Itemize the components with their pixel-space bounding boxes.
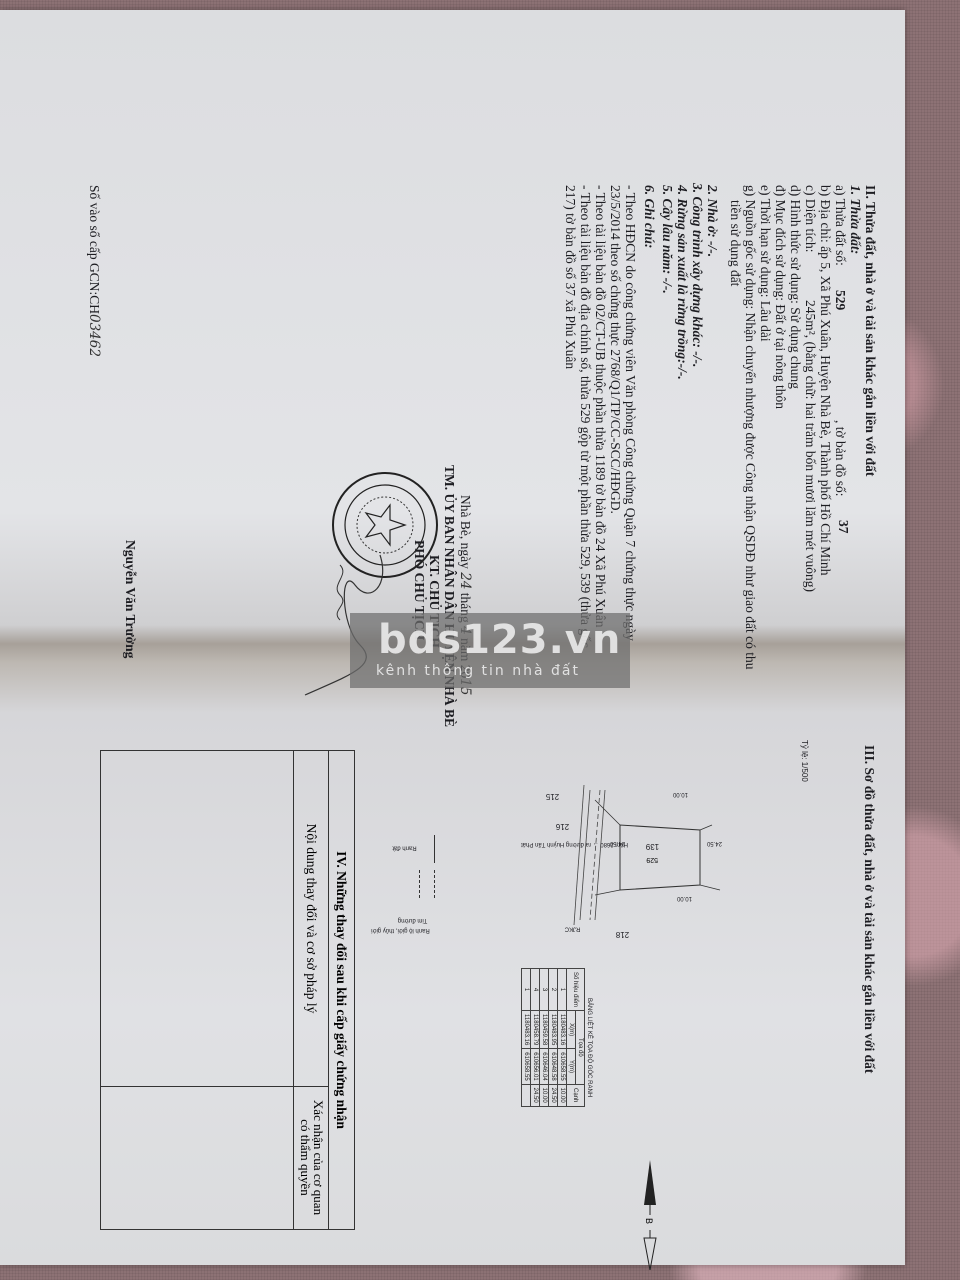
legend-dashdot-line	[419, 870, 420, 898]
note-line: 23/5/2014 theo số chứng thực 2768/Q1/TP/…	[608, 185, 623, 514]
origin-line-2: tiền sử dụng đất	[728, 200, 743, 286]
forest-line: 4. Rừng sản xuất là rừng trồng:-/-.	[675, 185, 690, 380]
origin-line-1: g) Nguồn gốc sử dụng: Nhận chuyển nhượng…	[743, 185, 758, 669]
note-line: 217) tờ bản đồ số 37 xã Phú Xuân	[563, 185, 578, 369]
changes-table: IV. Những thay đổi sau khi cấp giấy chứn…	[100, 750, 355, 1230]
area-label: c) Diện tích:	[803, 185, 818, 252]
note-line: - Theo tài liệu bản đồ địa chính số, thử…	[578, 185, 593, 648]
house-line: 2. Nhà ở: -/-.	[705, 185, 720, 257]
section-iv-title: IV. Những thay đổi sau khi cấp giấy chứn…	[328, 751, 354, 1229]
neighbor-label: 216	[556, 819, 569, 834]
use-term: e) Thời hạn sử dụng: Lâu dài	[758, 185, 773, 342]
legend-solid-line	[434, 835, 435, 863]
neighbor-label: 218	[616, 927, 629, 942]
legend-dashed-line	[434, 870, 435, 898]
svg-text:529: 529	[646, 856, 658, 863]
signer-name: Nguyễn Văn Trường	[123, 540, 138, 658]
table-row: 11180483.16610658.5510.00	[558, 969, 567, 1107]
confirmation-column-header: Xác nhận của cơ quan có thẩm quyền	[294, 1086, 329, 1229]
changes-column-header: Nội dung thay đổi và cơ sở pháp lý	[294, 751, 329, 1087]
table-row: 31180459.58610646.0410.00	[540, 969, 549, 1107]
table-row: 21180483.95610648.5824.50	[549, 969, 558, 1107]
legend-label: Tim đường	[398, 912, 427, 927]
edge-label: 10.00	[673, 786, 688, 801]
other-works-line: 3. Công trình xây dựng khác: -/-.	[690, 183, 705, 367]
edge-label: 10.00	[677, 890, 692, 905]
address: b) Địa chỉ: ấp 5, Xã Phú Xuân, Huyện Nhà…	[818, 185, 833, 575]
section-ii-title: II. Thửa đất, nhà ở và tài sản khác gắn …	[863, 185, 878, 476]
neighbor-label: 215	[546, 789, 559, 804]
road-tag: RJKC	[565, 920, 581, 935]
map-label: , tờ bản đồ số:	[833, 420, 848, 497]
north-arrow-icon: B	[630, 1160, 670, 1270]
land-heading: 1. Thửa đất:	[848, 185, 863, 254]
note-line: - Theo HĐCN do công chứng viên Văn phòng…	[623, 185, 638, 641]
registry-number: Số vào sổ cấp GCN:CH03462	[86, 185, 102, 357]
table-row: 41180458.79610656.0124.50	[531, 969, 540, 1107]
scale-label: Tỷ lệ: 1/500	[797, 740, 812, 782]
watermark: bds123.vn kênh thông tin nhà đất	[350, 613, 630, 688]
coordinate-table: Số hiệu điểmTọa độCạnh X(m)Y(m) 11180483…	[521, 968, 585, 1107]
parcel-outline	[620, 825, 700, 890]
date-day: 24	[457, 572, 473, 589]
svg-text:B: B	[644, 1218, 654, 1224]
neighbor-label: 139	[646, 839, 659, 854]
area-value: 245m², (bằng chữ: hai trăm bốn mươi lăm …	[803, 300, 818, 592]
watermark-brand: bds123.vn	[378, 617, 621, 663]
notes-heading: 6. Ghi chú:	[642, 185, 657, 248]
use-purpose: đ) Mục đích sử dụng: Đất ở tại nông thôn	[773, 185, 788, 409]
parcel-number: 529	[833, 290, 848, 310]
use-form: d) Hình thức sử dụng: Sử dụng chung	[788, 185, 803, 389]
road-label: Hẻm 2680 → ra đường Huỳnh Tấn Phát	[521, 836, 628, 851]
edge-label: 24.50	[707, 835, 722, 850]
parcel-label: a) Thửa đất số:	[833, 185, 848, 266]
section-iii-title: III. Sơ đồ thửa đất, nhà ở và tài sản kh…	[862, 745, 877, 1073]
perennial-line: 5. Cây lâu năm: -/-.	[660, 185, 675, 294]
land-certificate-page: II. Thửa đất, nhà ở và tài sản khác gắn …	[0, 0, 960, 1280]
legend-label: Ranh đất	[392, 840, 416, 855]
watermark-tagline: kênh thông tin nhà đất	[376, 663, 580, 679]
table-row: 11180483.16610658.55	[522, 969, 531, 1107]
map-number: 37	[836, 520, 851, 534]
note-line: - Theo tài liệu bản đồ 02/CT-UB thuộc ph…	[593, 185, 608, 628]
